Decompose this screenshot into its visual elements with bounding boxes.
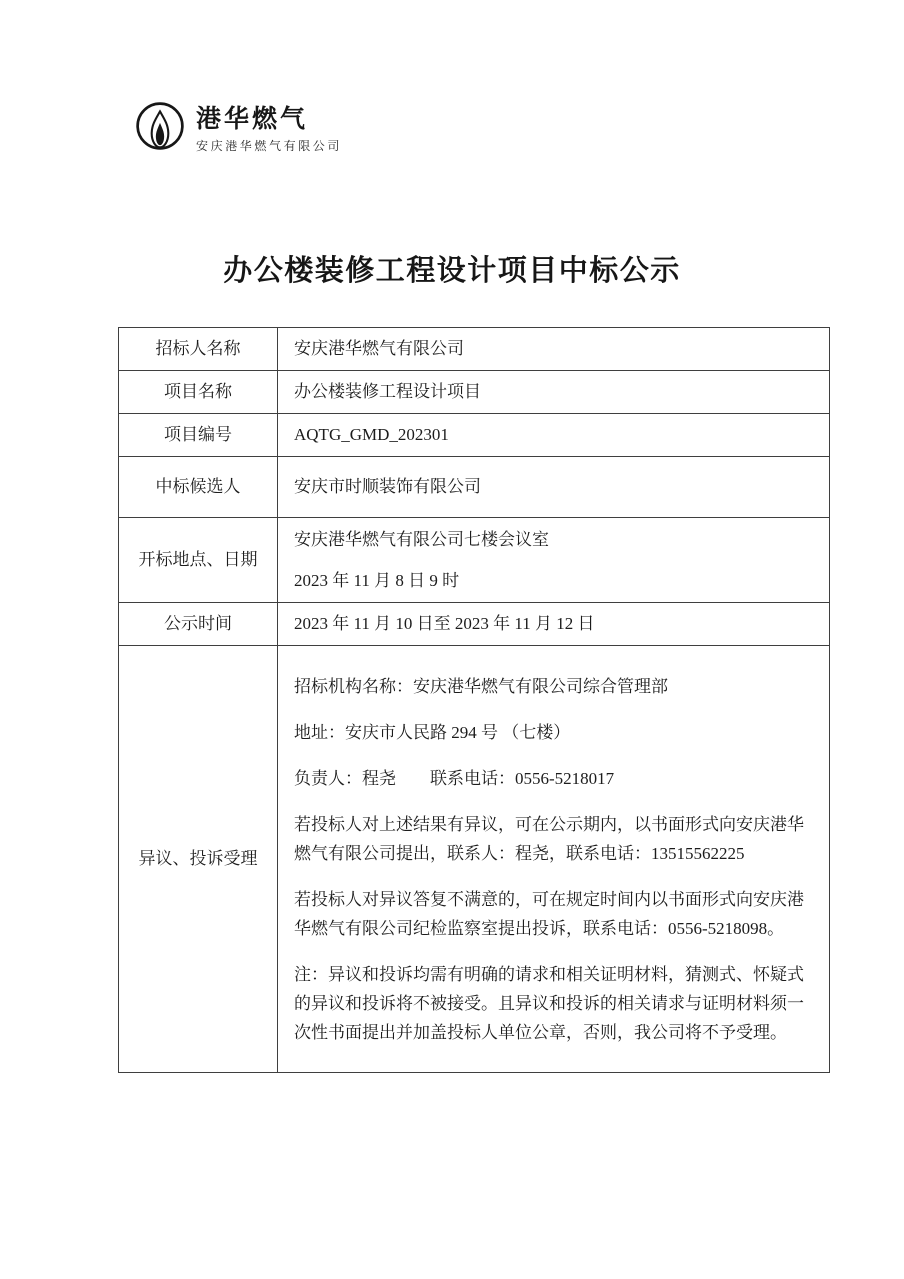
row-value: 2023 年 11 月 10 日至 2023 年 11 月 12 日 (278, 603, 829, 645)
value-line: 办公楼装修工程设计项目 (294, 379, 811, 405)
row-label: 开标地点、日期 (119, 518, 278, 602)
table-row-bidder-name: 招标人名称 安庆港华燃气有限公司 (119, 328, 829, 371)
value-line: 注：异议和投诉均需有明确的请求和相关证明材料，猜测式、怀疑式的异议和投诉将不被接… (294, 960, 811, 1047)
value-line: 安庆港华燃气有限公司七楼会议室 (294, 527, 811, 553)
value-line: 安庆港华燃气有限公司 (294, 336, 811, 362)
document-title: 办公楼装修工程设计项目中标公示 (0, 248, 904, 289)
value-line: 负责人：程尧 联系电话：0556-5218017 (294, 764, 811, 793)
value-line: 2023 年 11 月 10 日至 2023 年 11 月 12 日 (294, 611, 811, 637)
row-value: 安庆港华燃气有限公司 (278, 328, 829, 370)
logo-company-name: 安庆港华燃气有限公司 (196, 137, 342, 154)
logo-brand-name: 港华燃气 (196, 106, 342, 132)
row-label: 公示时间 (119, 603, 278, 645)
value-line: 地址：安庆市人民路 294 号 （七楼） (294, 718, 811, 747)
table-row-winning-candidate: 中标候选人 安庆市时顺装饰有限公司 (119, 457, 829, 518)
flame-in-circle-icon (134, 100, 186, 152)
announcement-table: 招标人名称 安庆港华燃气有限公司 项目名称 办公楼装修工程设计项目 项目编号 A… (118, 327, 830, 1073)
row-value: 安庆港华燃气有限公司七楼会议室 2023 年 11 月 8 日 9 时 (278, 518, 829, 602)
value-line: 若投标人对异议答复不满意的，可在规定时间内以书面形式向安庆港华燃气有限公司纪检监… (294, 885, 811, 943)
document-page: 港华燃气 安庆港华燃气有限公司 办公楼装修工程设计项目中标公示 招标人名称 安庆… (0, 0, 904, 1279)
company-logo: 港华燃气 安庆港华燃气有限公司 (134, 100, 342, 154)
logo-text-block: 港华燃气 安庆港华燃气有限公司 (196, 100, 342, 154)
row-value: 办公楼装修工程设计项目 (278, 371, 829, 413)
row-label: 异议、投诉受理 (119, 646, 278, 1072)
value-line: 招标机构名称：安庆港华燃气有限公司综合管理部 (294, 672, 811, 701)
row-label: 项目名称 (119, 371, 278, 413)
row-value: 安庆市时顺装饰有限公司 (278, 457, 829, 517)
row-label: 招标人名称 (119, 328, 278, 370)
table-row-project-number: 项目编号 AQTG_GMD_202301 (119, 414, 829, 457)
table-row-opening-place-date: 开标地点、日期 安庆港华燃气有限公司七楼会议室 2023 年 11 月 8 日 … (119, 518, 829, 603)
table-row-objection-complaint: 异议、投诉受理 招标机构名称：安庆港华燃气有限公司综合管理部 地址：安庆市人民路… (119, 646, 829, 1072)
row-label: 项目编号 (119, 414, 278, 456)
value-line: AQTG_GMD_202301 (294, 422, 811, 448)
row-value: 招标机构名称：安庆港华燃气有限公司综合管理部 地址：安庆市人民路 294 号 （… (278, 646, 829, 1072)
row-label: 中标候选人 (119, 457, 278, 517)
value-line: 若投标人对上述结果有异议，可在公示期内，以书面形式向安庆港华燃气有限公司提出，联… (294, 810, 811, 868)
table-row-project-name: 项目名称 办公楼装修工程设计项目 (119, 371, 829, 414)
row-value: AQTG_GMD_202301 (278, 414, 829, 456)
value-line: 安庆市时顺装饰有限公司 (294, 474, 811, 500)
value-line: 2023 年 11 月 8 日 9 时 (294, 568, 811, 594)
table-row-publicity-period: 公示时间 2023 年 11 月 10 日至 2023 年 11 月 12 日 (119, 603, 829, 646)
